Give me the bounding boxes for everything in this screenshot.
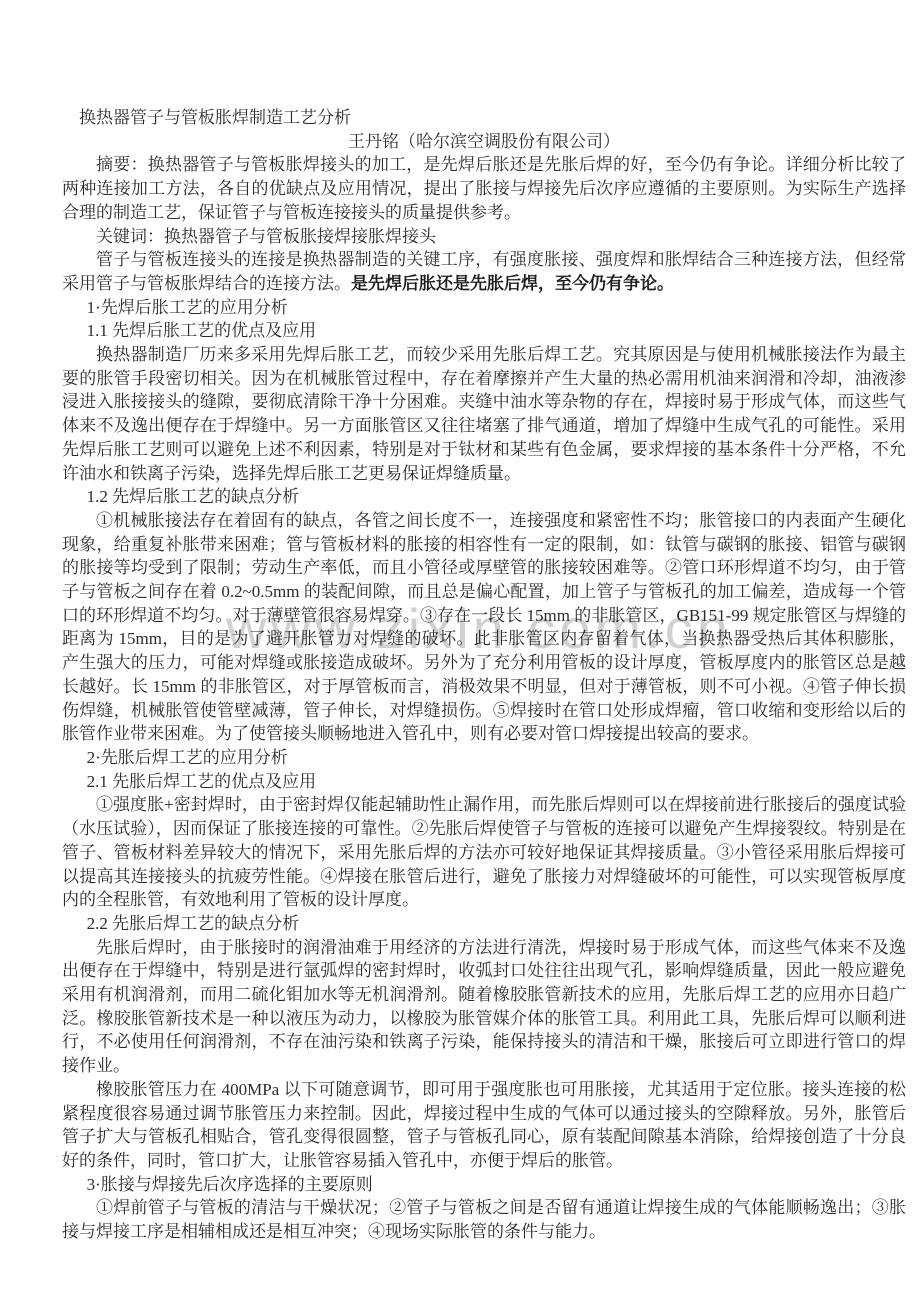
- section-1-2-paragraph: ①机械胀接法存在着固有的缺点，各管之间长度不一，连接强度和紧密性不均；胀管接口的…: [62, 509, 906, 746]
- section-2-1-paragraph: ①强度胀+密封焊时，由于密封焊仅能起辅助性止漏作用，而先胀后焊则可以在焊接前进行…: [62, 793, 906, 912]
- section-3-heading: 3·胀接与焊接先后次序选择的主要原则: [62, 1173, 906, 1197]
- keywords-paragraph: 关键词：换热器管子与管板胀接焊接胀焊接头: [62, 225, 906, 249]
- doc-title: 换热器管子与管板胀焊制造工艺分析: [62, 106, 906, 130]
- section-1-2-heading: 1.2 先焊后胀工艺的缺点分析: [62, 485, 906, 509]
- section-1-heading: 1·先焊后胀工艺的应用分析: [62, 296, 906, 320]
- doc-author: 王丹铭（哈尔滨空调股份有限公司）: [62, 130, 906, 154]
- section-1-1-paragraph: 换热器制造厂历来多采用先焊后胀工艺，而较少采用先胀后焊工艺。究其原因是与使用机械…: [62, 343, 906, 485]
- section-3-paragraph: ①焊前管子与管板的清洁与干燥状况；②管子与管板之间是否留有通道让焊接生成的气体能…: [62, 1196, 906, 1243]
- abstract-paragraph: 摘要：换热器管子与管板胀焊接头的加工，是先焊后胀还是先胀后焊的好，至今仍有争论。…: [62, 153, 906, 224]
- document-body: 换热器管子与管板胀焊制造工艺分析 王丹铭（哈尔滨空调股份有限公司） 摘要：换热器…: [62, 106, 906, 1244]
- intro-paragraph: 管子与管板连接头的连接是换热器制造的关键工序，有强度胀接、强度焊和胀焊结合三种连…: [62, 248, 906, 295]
- section-2-heading: 2·先胀后焊工艺的应用分析: [62, 746, 906, 770]
- document-page: www.zixin.com.cn 换热器管子与管板胀焊制造工艺分析 王丹铭（哈尔…: [0, 0, 920, 1302]
- intro-bold-statement: 是先焊后胀还是先胀后焊，至今仍有争论。: [351, 274, 674, 293]
- section-2-2-paragraph-2: 橡胶胀管压力在 400MPa 以下可随意调节，即可用于强度胀也可用胀接，尤其适用…: [62, 1078, 906, 1173]
- section-1-1-heading: 1.1 先焊后胀工艺的优点及应用: [62, 319, 906, 343]
- section-2-2-paragraph-1: 先胀后焊时，由于胀接时的润滑油难于用经济的方法进行清洗，焊接时易于形成气体，而这…: [62, 936, 906, 1078]
- section-2-1-heading: 2.1 先胀后焊工艺的优点及应用: [62, 770, 906, 794]
- section-2-2-heading: 2.2 先胀后焊工艺的缺点分析: [62, 912, 906, 936]
